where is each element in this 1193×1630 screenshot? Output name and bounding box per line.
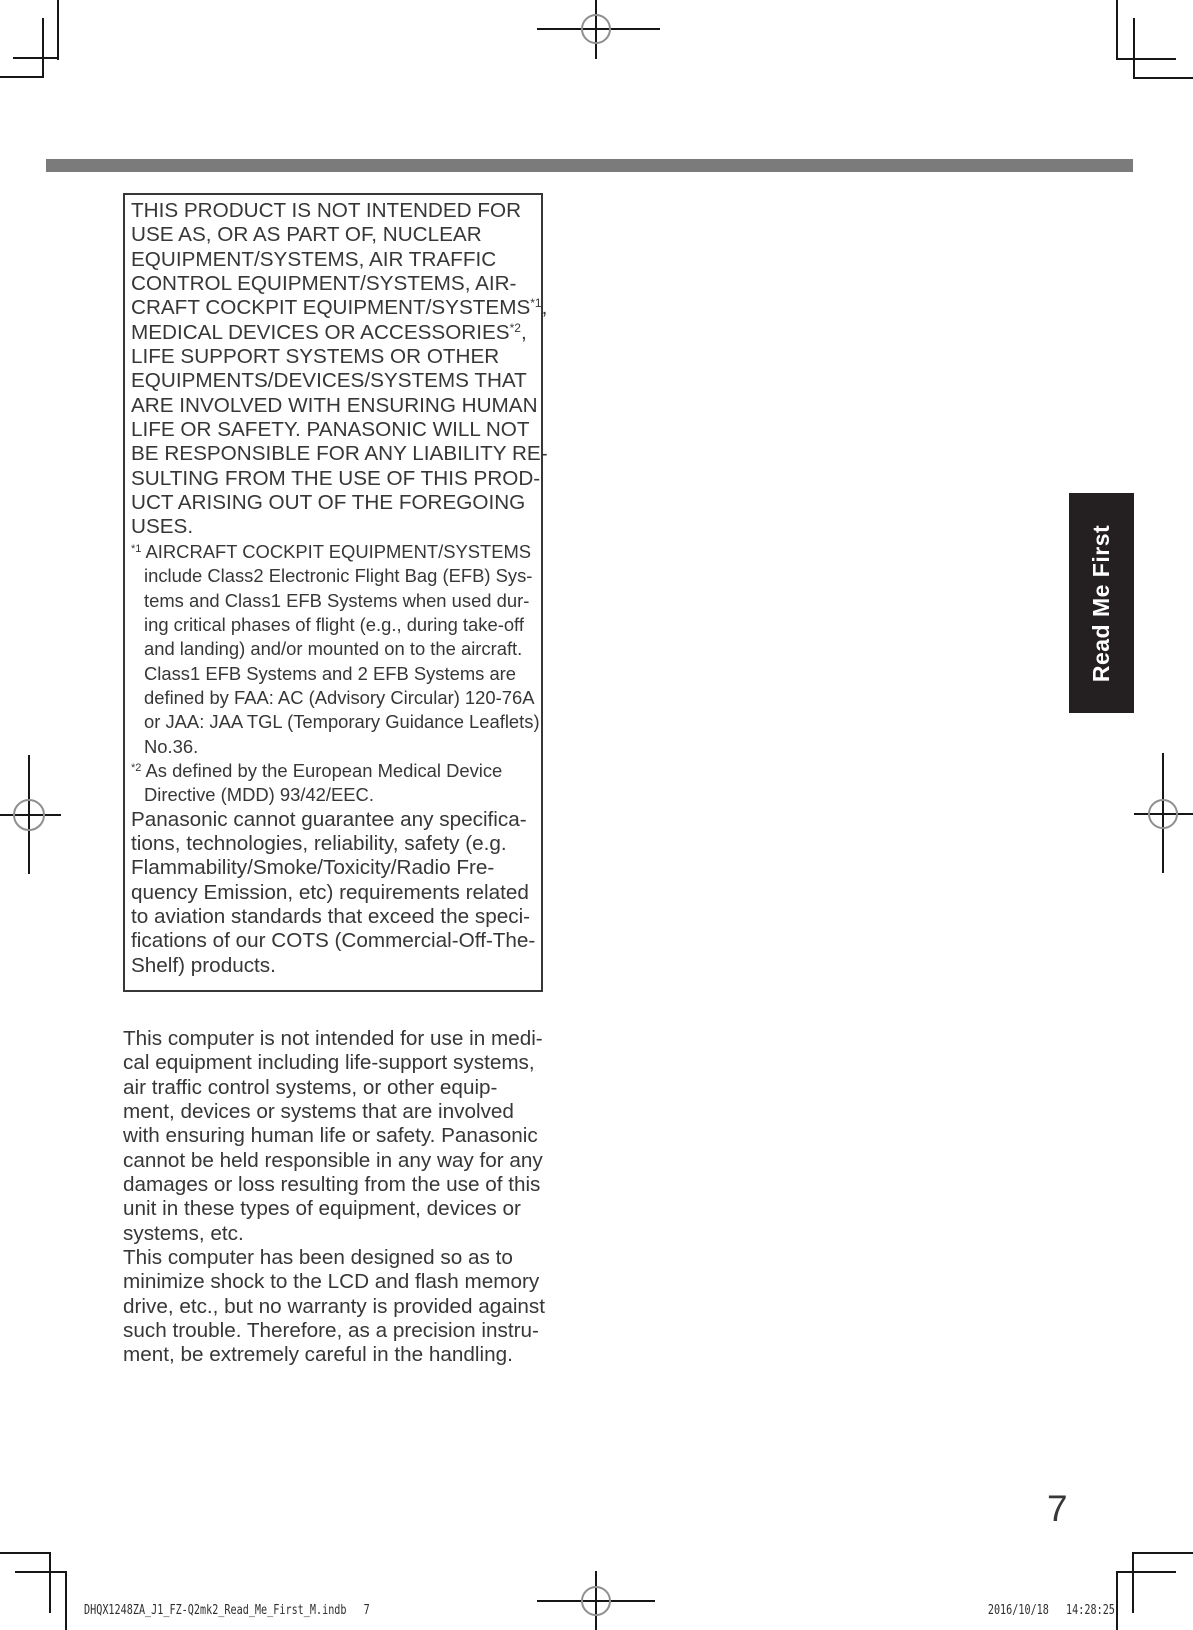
footer-date: 2016/10/18 xyxy=(988,1603,1049,1618)
body-paragraph-2: This computer has been designed so as to… xyxy=(123,1246,553,1368)
manual-page: THIS PRODUCT IS NOT INTENDED FOR USE AS,… xyxy=(0,0,1193,1630)
footnote-ref-1: *1 xyxy=(530,296,541,310)
read-me-first-tab-label: Read Me First xyxy=(1088,524,1115,681)
footer-time: 14:28:25 xyxy=(1066,1603,1115,1618)
footer-filename-text: DHQX1248ZA_J1_FZ-Q2mk2_Read_Me_First_M.i… xyxy=(84,1603,347,1618)
mark-line xyxy=(65,1571,67,1630)
mark-line xyxy=(1116,0,1118,60)
footnote-2: *2 As defined by the European Medical De… xyxy=(131,759,541,808)
mark-line xyxy=(1116,1571,1176,1573)
mark-line xyxy=(49,1552,51,1613)
page-number: 7 xyxy=(1047,1490,1068,1527)
mark-line xyxy=(1133,77,1193,79)
mark-line xyxy=(1116,1571,1118,1630)
footer-timestamp: 2016/10/1814:28:25 xyxy=(952,1601,1115,1619)
mark-line xyxy=(1116,58,1176,60)
mark-line xyxy=(13,57,59,59)
warning-box: THIS PRODUCT IS NOT INTENDED FOR USE AS,… xyxy=(123,193,543,992)
warning-text-main: THIS PRODUCT IS NOT INTENDED FOR USE AS,… xyxy=(131,199,541,540)
warning-text-part: , LIFE SUPPORT SYSTEMS OR OTHER EQUIPMEN… xyxy=(131,321,548,539)
warning-text-closing: Panasonic cannot guarantee any specifica… xyxy=(131,808,541,978)
mark-line xyxy=(57,0,59,60)
footnote-1-text: AIRCRAFT COCKPIT EQUIPMENT/SYSTEMS inclu… xyxy=(141,541,539,757)
footer-filename-slug: DHQX1248ZA_J1_FZ-Q2mk2_Read_Me_First_M.i… xyxy=(84,1604,370,1618)
body-copy: This computer is not intended for use in… xyxy=(123,1027,553,1368)
mark-line xyxy=(1133,18,1135,79)
footer-timestamp-slug: 2016/10/1814:28:25 xyxy=(988,1604,1115,1618)
body-paragraph-1: This computer is not intended for use in… xyxy=(123,1027,553,1246)
mark-line xyxy=(15,1571,67,1573)
footer-filename: DHQX1248ZA_J1_FZ-Q2mk2_Read_Me_First_M.i… xyxy=(84,1601,450,1619)
mark-line xyxy=(1132,1552,1193,1554)
footnote-1: *1 AIRCRAFT COCKPIT EQUIPMENT/SYSTEMS in… xyxy=(131,540,541,759)
registration-circle xyxy=(581,1586,611,1616)
read-me-first-tab: Read Me First xyxy=(1069,493,1134,713)
warning-text-part: THIS PRODUCT IS NOT INTENDED FOR USE AS,… xyxy=(131,199,530,319)
mark-line xyxy=(42,18,44,78)
section-divider-bar xyxy=(46,159,1133,172)
footnote-2-text: As defined by the European Medical Devic… xyxy=(141,760,502,805)
registration-circle xyxy=(13,799,45,831)
footer-filename-page: 7 xyxy=(364,1603,370,1618)
mark-line xyxy=(0,1552,51,1554)
mark-line xyxy=(0,76,44,78)
registration-circle xyxy=(1148,799,1178,829)
footnote-2-marker: *2 xyxy=(131,762,141,774)
footnote-1-marker: *1 xyxy=(131,543,141,555)
footnote-ref-2: *2 xyxy=(510,321,521,335)
registration-circle xyxy=(581,14,611,44)
mark-line xyxy=(1132,1552,1134,1613)
